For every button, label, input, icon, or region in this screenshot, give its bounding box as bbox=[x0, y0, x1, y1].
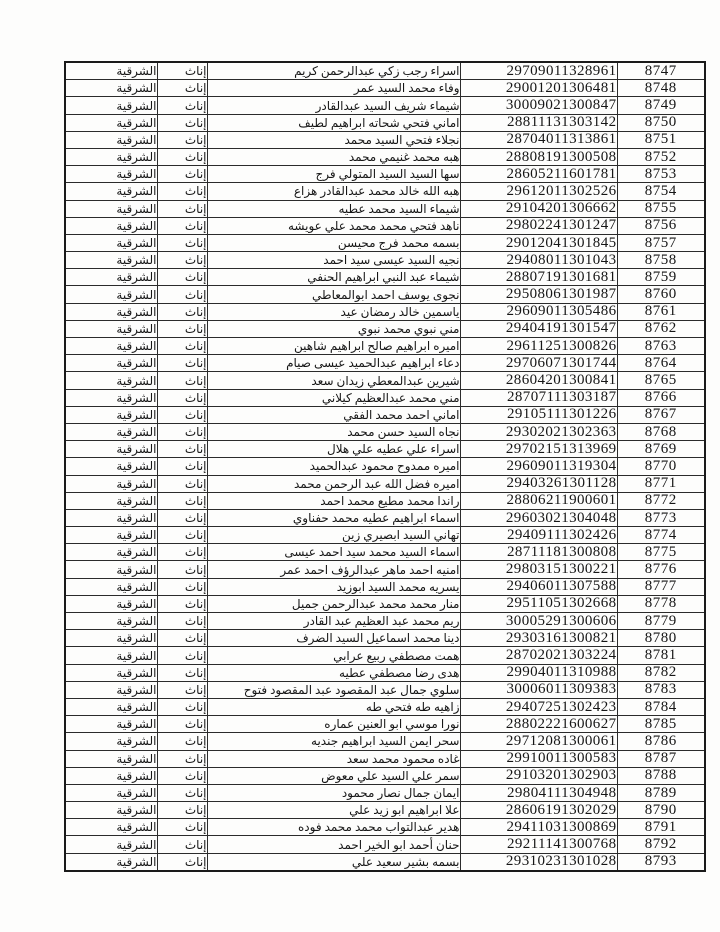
person-name-cell: هدى رضا مصطفي عطيه bbox=[207, 664, 460, 681]
table-row: 8752 28808191300508 هبه محمد غنيمي محمد … bbox=[65, 148, 705, 165]
person-name-cell: هبه محمد غنيمي محمد bbox=[207, 148, 460, 165]
governorate-cell: الشرقية bbox=[65, 286, 157, 303]
governorate-cell: الشرقية bbox=[65, 303, 157, 320]
governorate-cell: الشرقية bbox=[65, 406, 157, 423]
person-name-cell: راندا محمد مطيع محمد احمد bbox=[207, 492, 460, 509]
table-row: 8770 29609011319304 اميره ممدوح محمود عب… bbox=[65, 458, 705, 475]
serial-number-cell: 8766 bbox=[617, 389, 705, 406]
table-row: 8783 30006011309383 سلوي جمال عبد المقصو… bbox=[65, 681, 705, 698]
gender-cell: إناث bbox=[157, 630, 207, 647]
gender-cell: إناث bbox=[157, 148, 207, 165]
serial-number-cell: 8775 bbox=[617, 544, 705, 561]
gender-cell: إناث bbox=[157, 578, 207, 595]
serial-number-cell: 8748 bbox=[617, 80, 705, 97]
serial-number-cell: 8778 bbox=[617, 595, 705, 612]
gender-cell: إناث bbox=[157, 338, 207, 355]
national-id-cell: 29103201302903 bbox=[460, 767, 617, 784]
serial-number-cell: 8751 bbox=[617, 131, 705, 148]
governorate-cell: الشرقية bbox=[65, 234, 157, 251]
serial-number-cell: 8767 bbox=[617, 406, 705, 423]
governorate-cell: الشرقية bbox=[65, 613, 157, 630]
national-id-cell: 29001201306481 bbox=[460, 80, 617, 97]
serial-number-cell: 8750 bbox=[617, 114, 705, 131]
gender-cell: إناث bbox=[157, 97, 207, 114]
gender-cell: إناث bbox=[157, 561, 207, 578]
governorate-cell: الشرقية bbox=[65, 664, 157, 681]
national-id-cell: 29904011310988 bbox=[460, 664, 617, 681]
table-row: 8787 29910011300583 غاده محمود محمد سعد … bbox=[65, 750, 705, 767]
serial-number-cell: 8756 bbox=[617, 217, 705, 234]
table-row: 8750 28811131303142 اماني فتحي شحاته ابر… bbox=[65, 114, 705, 131]
serial-number-cell: 8768 bbox=[617, 423, 705, 440]
national-id-cell: 29409111302426 bbox=[460, 527, 617, 544]
person-name-cell: شيماء شريف السيد عبدالقادر bbox=[207, 97, 460, 114]
national-id-cell: 29508061301987 bbox=[460, 286, 617, 303]
national-id-cell: 29603021304048 bbox=[460, 509, 617, 526]
table-row: 8765 28604201300841 شيرين عبدالمعطي زيدا… bbox=[65, 372, 705, 389]
governorate-cell: الشرقية bbox=[65, 767, 157, 784]
gender-cell: إناث bbox=[157, 750, 207, 767]
table-row: 8771 29403261301128 اميره فضل الله عبد ا… bbox=[65, 475, 705, 492]
governorate-cell: الشرقية bbox=[65, 492, 157, 509]
serial-number-cell: 8755 bbox=[617, 200, 705, 217]
national-id-cell: 28606191302029 bbox=[460, 802, 617, 819]
table-row: 8761 29609011305486 ياسمين خالد رمضان عي… bbox=[65, 303, 705, 320]
national-id-cell: 29609011319304 bbox=[460, 458, 617, 475]
table-row: 8753 28605211601781 سها السيد السيد المت… bbox=[65, 166, 705, 183]
gender-cell: إناث bbox=[157, 527, 207, 544]
table-row: 8768 29302021302363 نجاه السيد حسن محمد … bbox=[65, 423, 705, 440]
serial-number-cell: 8777 bbox=[617, 578, 705, 595]
serial-number-cell: 8791 bbox=[617, 819, 705, 836]
national-id-cell: 28707111303187 bbox=[460, 389, 617, 406]
person-name-cell: تهاني السيد ابصيري زين bbox=[207, 527, 460, 544]
national-id-cell: 29709011328961 bbox=[460, 62, 617, 80]
table-row: 8769 29702151313969 اسراء علي عطيه علي ه… bbox=[65, 441, 705, 458]
serial-number-cell: 8788 bbox=[617, 767, 705, 784]
national-id-cell: 28808191300508 bbox=[460, 148, 617, 165]
table-row: 8786 29712081300061 سحر ايمن السيد ابراه… bbox=[65, 733, 705, 750]
table-row: 8754 29612011302526 هبه الله خالد محمد ع… bbox=[65, 183, 705, 200]
serial-number-cell: 8793 bbox=[617, 853, 705, 871]
national-id-cell: 29406011307588 bbox=[460, 578, 617, 595]
person-name-cell: دعاء ابراهيم عبدالحميد عيسى صيام bbox=[207, 355, 460, 372]
national-id-cell: 28604201300841 bbox=[460, 372, 617, 389]
serial-number-cell: 8783 bbox=[617, 681, 705, 698]
governorate-cell: الشرقية bbox=[65, 527, 157, 544]
national-id-cell: 29609011305486 bbox=[460, 303, 617, 320]
table-row: 8767 29105111301226 اماني احمد محمد الفق… bbox=[65, 406, 705, 423]
governorate-cell: الشرقية bbox=[65, 269, 157, 286]
governorate-cell: الشرقية bbox=[65, 252, 157, 269]
gender-cell: إناث bbox=[157, 544, 207, 561]
table-row: 8775 28711181300808 اسماء السيد محمد سيد… bbox=[65, 544, 705, 561]
serial-number-cell: 8773 bbox=[617, 509, 705, 526]
national-id-cell: 28711181300808 bbox=[460, 544, 617, 561]
governorate-cell: الشرقية bbox=[65, 183, 157, 200]
person-name-cell: بسمه محمد فرج محيسن bbox=[207, 234, 460, 251]
serial-number-cell: 8771 bbox=[617, 475, 705, 492]
gender-cell: إناث bbox=[157, 234, 207, 251]
gender-cell: إناث bbox=[157, 664, 207, 681]
gender-cell: إناث bbox=[157, 492, 207, 509]
governorate-cell: الشرقية bbox=[65, 372, 157, 389]
gender-cell: إناث bbox=[157, 200, 207, 217]
gender-cell: إناث bbox=[157, 183, 207, 200]
person-name-cell: نجيه السيد عيسى سيد احمد bbox=[207, 252, 460, 269]
gender-cell: إناث bbox=[157, 767, 207, 784]
serial-number-cell: 8779 bbox=[617, 613, 705, 630]
person-name-cell: اماني احمد محمد الفقي bbox=[207, 406, 460, 423]
table-row: 8779 30005291300606 ريم محمد عبد العظيم … bbox=[65, 613, 705, 630]
gender-cell: إناث bbox=[157, 252, 207, 269]
table-row: 8749 30009021300847 شيماء شريف السيد عبد… bbox=[65, 97, 705, 114]
national-id-cell: 29403261301128 bbox=[460, 475, 617, 492]
table-row: 8755 29104201306662 شيماء السيد محمد عطي… bbox=[65, 200, 705, 217]
national-id-cell: 29511051302668 bbox=[460, 595, 617, 612]
person-name-cell: اسراء رجب زكي عبدالرحمن كريم bbox=[207, 62, 460, 80]
person-name-cell: ناهد فتحي محمد محمد علي عويشه bbox=[207, 217, 460, 234]
table-row: 8762 29404191301547 مني نبوي محمد نبوي إ… bbox=[65, 320, 705, 337]
gender-cell: إناث bbox=[157, 131, 207, 148]
governorate-cell: الشرقية bbox=[65, 561, 157, 578]
serial-number-cell: 8763 bbox=[617, 338, 705, 355]
national-id-cell: 29804111304948 bbox=[460, 784, 617, 801]
person-name-cell: ايمان جمال نصار محمود bbox=[207, 784, 460, 801]
national-id-cell: 29802241301247 bbox=[460, 217, 617, 234]
gender-cell: إناث bbox=[157, 595, 207, 612]
national-id-cell: 29706071301744 bbox=[460, 355, 617, 372]
person-name-cell: زاهيه طه فتحي طه bbox=[207, 698, 460, 715]
table-row: 8759 28807191301681 شيماء عبد النبي ابرا… bbox=[65, 269, 705, 286]
gender-cell: إناث bbox=[157, 509, 207, 526]
table-row: 8756 29802241301247 ناهد فتحي محمد محمد … bbox=[65, 217, 705, 234]
national-id-cell: 28605211601781 bbox=[460, 166, 617, 183]
person-name-cell: دينا محمد اسماعيل السيد الضرف bbox=[207, 630, 460, 647]
gender-cell: إناث bbox=[157, 372, 207, 389]
serial-number-cell: 8758 bbox=[617, 252, 705, 269]
serial-number-cell: 8786 bbox=[617, 733, 705, 750]
gender-cell: إناث bbox=[157, 819, 207, 836]
person-name-cell: اميره فضل الله عبد الرحمن محمد bbox=[207, 475, 460, 492]
serial-number-cell: 8760 bbox=[617, 286, 705, 303]
person-name-cell: غاده محمود محمد سعد bbox=[207, 750, 460, 767]
table-row: 8758 29408011301043 نجيه السيد عيسى سيد … bbox=[65, 252, 705, 269]
serial-number-cell: 8753 bbox=[617, 166, 705, 183]
records-table: 8747 29709011328961 اسراء رجب زكي عبدالر… bbox=[64, 61, 706, 872]
gender-cell: إناث bbox=[157, 406, 207, 423]
governorate-cell: الشرقية bbox=[65, 647, 157, 664]
national-id-cell: 28807191301681 bbox=[460, 269, 617, 286]
governorate-cell: الشرقية bbox=[65, 802, 157, 819]
serial-number-cell: 8784 bbox=[617, 698, 705, 715]
governorate-cell: الشرقية bbox=[65, 630, 157, 647]
national-id-cell: 29910011300583 bbox=[460, 750, 617, 767]
serial-number-cell: 8764 bbox=[617, 355, 705, 372]
table-row: 8791 29411031300869 هدير عبدالتواب محمد … bbox=[65, 819, 705, 836]
national-id-cell: 30009021300847 bbox=[460, 97, 617, 114]
governorate-cell: الشرقية bbox=[65, 784, 157, 801]
person-name-cell: علا ابراهيم ابو زيد علي bbox=[207, 802, 460, 819]
governorate-cell: الشرقية bbox=[65, 217, 157, 234]
gender-cell: إناث bbox=[157, 217, 207, 234]
table-row: 8781 28702021303224 همت مصطفي ربيع عرابي… bbox=[65, 647, 705, 664]
serial-number-cell: 8780 bbox=[617, 630, 705, 647]
person-name-cell: يسريه محمد السيد ابوزيد bbox=[207, 578, 460, 595]
serial-number-cell: 8754 bbox=[617, 183, 705, 200]
table-row: 8773 29603021304048 اسماء ابراهيم عطيه م… bbox=[65, 509, 705, 526]
serial-number-cell: 8759 bbox=[617, 269, 705, 286]
governorate-cell: الشرقية bbox=[65, 97, 157, 114]
governorate-cell: الشرقية bbox=[65, 836, 157, 853]
governorate-cell: الشرقية bbox=[65, 200, 157, 217]
person-name-cell: اميره ابراهيم صالح ابراهيم شاهين bbox=[207, 338, 460, 355]
national-id-cell: 29303161300821 bbox=[460, 630, 617, 647]
national-id-cell: 29408011301043 bbox=[460, 252, 617, 269]
serial-number-cell: 8790 bbox=[617, 802, 705, 819]
person-name-cell: اميره ممدوح محمود عبدالحميد bbox=[207, 458, 460, 475]
table-row: 8785 28802221600627 نورا موسي ابو العنين… bbox=[65, 716, 705, 733]
national-id-cell: 30006011309383 bbox=[460, 681, 617, 698]
serial-number-cell: 8761 bbox=[617, 303, 705, 320]
person-name-cell: نجاه السيد حسن محمد bbox=[207, 423, 460, 440]
person-name-cell: سها السيد السيد المتولي فرج bbox=[207, 166, 460, 183]
gender-cell: إناث bbox=[157, 303, 207, 320]
person-name-cell: ياسمين خالد رمضان عيد bbox=[207, 303, 460, 320]
person-name-cell: بسمه بشير سعيد علي bbox=[207, 853, 460, 871]
table-row: 8793 29310231301028 بسمه بشير سعيد علي إ… bbox=[65, 853, 705, 871]
gender-cell: إناث bbox=[157, 114, 207, 131]
person-name-cell: شيرين عبدالمعطي زيدان سعد bbox=[207, 372, 460, 389]
governorate-cell: الشرقية bbox=[65, 698, 157, 715]
person-name-cell: وفاء محمد السيد عمر bbox=[207, 80, 460, 97]
gender-cell: إناث bbox=[157, 716, 207, 733]
serial-number-cell: 8749 bbox=[617, 97, 705, 114]
person-name-cell: شيماء عبد النبي ابراهيم الحنفي bbox=[207, 269, 460, 286]
table-row: 8757 29012041301845 بسمه محمد فرج محيسن … bbox=[65, 234, 705, 251]
governorate-cell: الشرقية bbox=[65, 114, 157, 131]
national-id-cell: 29803151300221 bbox=[460, 561, 617, 578]
person-name-cell: حنان أحمد ابو الخير احمد bbox=[207, 836, 460, 853]
person-name-cell: سلوي جمال عبد المقصود عبد المقصود فتوح bbox=[207, 681, 460, 698]
serial-number-cell: 8785 bbox=[617, 716, 705, 733]
gender-cell: إناث bbox=[157, 802, 207, 819]
governorate-cell: الشرقية bbox=[65, 595, 157, 612]
person-name-cell: مني نبوي محمد نبوي bbox=[207, 320, 460, 337]
governorate-cell: الشرقية bbox=[65, 320, 157, 337]
table-row: 8788 29103201302903 سمر علي السيد علي مع… bbox=[65, 767, 705, 784]
governorate-cell: الشرقية bbox=[65, 475, 157, 492]
person-name-cell: هدير عبدالتواب محمد محمد فوده bbox=[207, 819, 460, 836]
governorate-cell: الشرقية bbox=[65, 716, 157, 733]
serial-number-cell: 8765 bbox=[617, 372, 705, 389]
national-id-cell: 29612011302526 bbox=[460, 183, 617, 200]
gender-cell: إناث bbox=[157, 441, 207, 458]
governorate-cell: الشرقية bbox=[65, 853, 157, 871]
person-name-cell: اسراء علي عطيه علي هلال bbox=[207, 441, 460, 458]
governorate-cell: الشرقية bbox=[65, 544, 157, 561]
gender-cell: إناث bbox=[157, 733, 207, 750]
national-id-cell: 29302021302363 bbox=[460, 423, 617, 440]
person-name-cell: همت مصطفي ربيع عرابي bbox=[207, 647, 460, 664]
person-name-cell: سحر ايمن السيد ابراهيم جنديه bbox=[207, 733, 460, 750]
governorate-cell: الشرقية bbox=[65, 423, 157, 440]
serial-number-cell: 8770 bbox=[617, 458, 705, 475]
table-row: 8776 29803151300221 امنيه احمد ماهر عبدا… bbox=[65, 561, 705, 578]
national-id-cell: 29211141300768 bbox=[460, 836, 617, 853]
gender-cell: إناث bbox=[157, 166, 207, 183]
table-row: 8748 29001201306481 وفاء محمد السيد عمر … bbox=[65, 80, 705, 97]
serial-number-cell: 8747 bbox=[617, 62, 705, 80]
table-row: 8777 29406011307588 يسريه محمد السيد ابو… bbox=[65, 578, 705, 595]
gender-cell: إناث bbox=[157, 62, 207, 80]
gender-cell: إناث bbox=[157, 784, 207, 801]
table-row: 8747 29709011328961 اسراء رجب زكي عبدالر… bbox=[65, 62, 705, 80]
person-name-cell: نجلاء فتحي السيد محمد bbox=[207, 131, 460, 148]
gender-cell: إناث bbox=[157, 269, 207, 286]
table-row: 8782 29904011310988 هدى رضا مصطفي عطيه إ… bbox=[65, 664, 705, 681]
governorate-cell: الشرقية bbox=[65, 338, 157, 355]
governorate-cell: الشرقية bbox=[65, 80, 157, 97]
gender-cell: إناث bbox=[157, 681, 207, 698]
table-row: 8772 28806211900601 راندا محمد مطيع محمد… bbox=[65, 492, 705, 509]
national-id-cell: 29411031300869 bbox=[460, 819, 617, 836]
governorate-cell: الشرقية bbox=[65, 509, 157, 526]
person-name-cell: شيماء السيد محمد عطيه bbox=[207, 200, 460, 217]
gender-cell: إناث bbox=[157, 80, 207, 97]
national-id-cell: 29310231301028 bbox=[460, 853, 617, 871]
governorate-cell: الشرقية bbox=[65, 681, 157, 698]
national-id-cell: 29407251302423 bbox=[460, 698, 617, 715]
serial-number-cell: 8774 bbox=[617, 527, 705, 544]
governorate-cell: الشرقية bbox=[65, 389, 157, 406]
gender-cell: إناث bbox=[157, 698, 207, 715]
serial-number-cell: 8789 bbox=[617, 784, 705, 801]
governorate-cell: الشرقية bbox=[65, 62, 157, 80]
table-row: 8778 29511051302668 منار محمد محمد عبدال… bbox=[65, 595, 705, 612]
table-row: 8764 29706071301744 دعاء ابراهيم عبدالحم… bbox=[65, 355, 705, 372]
table-row: 8766 28707111303187 مني محمد عبدالعظيم ك… bbox=[65, 389, 705, 406]
gender-cell: إناث bbox=[157, 836, 207, 853]
person-name-cell: اماني فتحي شحاته ابراهيم لطيف bbox=[207, 114, 460, 131]
serial-number-cell: 8782 bbox=[617, 664, 705, 681]
gender-cell: إناث bbox=[157, 458, 207, 475]
governorate-cell: الشرقية bbox=[65, 355, 157, 372]
person-name-cell: اسماء ابراهيم عطيه محمد حفناوي bbox=[207, 509, 460, 526]
person-name-cell: نورا موسي ابو العنين عماره bbox=[207, 716, 460, 733]
person-name-cell: مني محمد عبدالعظيم كيلاني bbox=[207, 389, 460, 406]
national-id-cell: 28802221600627 bbox=[460, 716, 617, 733]
person-name-cell: سمر علي السيد علي معوض bbox=[207, 767, 460, 784]
person-name-cell: نجوى يوسف احمد ابوالمعاطي bbox=[207, 286, 460, 303]
table-row: 8789 29804111304948 ايمان جمال نصار محمو… bbox=[65, 784, 705, 801]
records-tbody: 8747 29709011328961 اسراء رجب زكي عبدالر… bbox=[65, 62, 705, 871]
gender-cell: إناث bbox=[157, 423, 207, 440]
table-row: 8792 29211141300768 حنان أحمد ابو الخير … bbox=[65, 836, 705, 853]
person-name-cell: امنيه احمد ماهر عبدالرؤف احمد عمر bbox=[207, 561, 460, 578]
national-id-cell: 29012041301845 bbox=[460, 234, 617, 251]
governorate-cell: الشرقية bbox=[65, 819, 157, 836]
national-id-cell: 29105111301226 bbox=[460, 406, 617, 423]
national-id-cell: 28806211900601 bbox=[460, 492, 617, 509]
serial-number-cell: 8781 bbox=[617, 647, 705, 664]
governorate-cell: الشرقية bbox=[65, 131, 157, 148]
national-id-cell: 29104201306662 bbox=[460, 200, 617, 217]
national-id-cell: 29702151313969 bbox=[460, 441, 617, 458]
serial-number-cell: 8772 bbox=[617, 492, 705, 509]
national-id-cell: 28702021303224 bbox=[460, 647, 617, 664]
table-row: 8751 28704011313861 نجلاء فتحي السيد محم… bbox=[65, 131, 705, 148]
serial-number-cell: 8752 bbox=[617, 148, 705, 165]
gender-cell: إناث bbox=[157, 320, 207, 337]
table-row: 8760 29508061301987 نجوى يوسف احمد ابوال… bbox=[65, 286, 705, 303]
serial-number-cell: 8787 bbox=[617, 750, 705, 767]
national-id-cell: 29404191301547 bbox=[460, 320, 617, 337]
gender-cell: إناث bbox=[157, 613, 207, 630]
national-id-cell: 28704011313861 bbox=[460, 131, 617, 148]
document-page: 8747 29709011328961 اسراء رجب زكي عبدالر… bbox=[0, 0, 720, 932]
gender-cell: إناث bbox=[157, 853, 207, 871]
person-name-cell: اسماء السيد محمد سيد احمد عيسى bbox=[207, 544, 460, 561]
person-name-cell: ريم محمد عبد العظيم عبد القادر bbox=[207, 613, 460, 630]
person-name-cell: منار محمد محمد عبدالرحمن جميل bbox=[207, 595, 460, 612]
table-row: 8774 29409111302426 تهاني السيد ابصيري ز… bbox=[65, 527, 705, 544]
table-row: 8780 29303161300821 دينا محمد اسماعيل ال… bbox=[65, 630, 705, 647]
governorate-cell: الشرقية bbox=[65, 733, 157, 750]
national-id-cell: 29611251300826 bbox=[460, 338, 617, 355]
table-row: 8784 29407251302423 زاهيه طه فتحي طه إنا… bbox=[65, 698, 705, 715]
serial-number-cell: 8769 bbox=[617, 441, 705, 458]
table-row: 8763 29611251300826 اميره ابراهيم صالح ا… bbox=[65, 338, 705, 355]
serial-number-cell: 8757 bbox=[617, 234, 705, 251]
serial-number-cell: 8776 bbox=[617, 561, 705, 578]
gender-cell: إناث bbox=[157, 647, 207, 664]
serial-number-cell: 8762 bbox=[617, 320, 705, 337]
gender-cell: إناث bbox=[157, 355, 207, 372]
national-id-cell: 30005291300606 bbox=[460, 613, 617, 630]
governorate-cell: الشرقية bbox=[65, 578, 157, 595]
gender-cell: إناث bbox=[157, 389, 207, 406]
governorate-cell: الشرقية bbox=[65, 458, 157, 475]
gender-cell: إناث bbox=[157, 286, 207, 303]
governorate-cell: الشرقية bbox=[65, 441, 157, 458]
governorate-cell: الشرقية bbox=[65, 148, 157, 165]
national-id-cell: 29712081300061 bbox=[460, 733, 617, 750]
national-id-cell: 28811131303142 bbox=[460, 114, 617, 131]
serial-number-cell: 8792 bbox=[617, 836, 705, 853]
gender-cell: إناث bbox=[157, 475, 207, 492]
governorate-cell: الشرقية bbox=[65, 750, 157, 767]
person-name-cell: هبه الله خالد محمد عبدالقادر هزاع bbox=[207, 183, 460, 200]
table-row: 8790 28606191302029 علا ابراهيم ابو زيد … bbox=[65, 802, 705, 819]
governorate-cell: الشرقية bbox=[65, 166, 157, 183]
